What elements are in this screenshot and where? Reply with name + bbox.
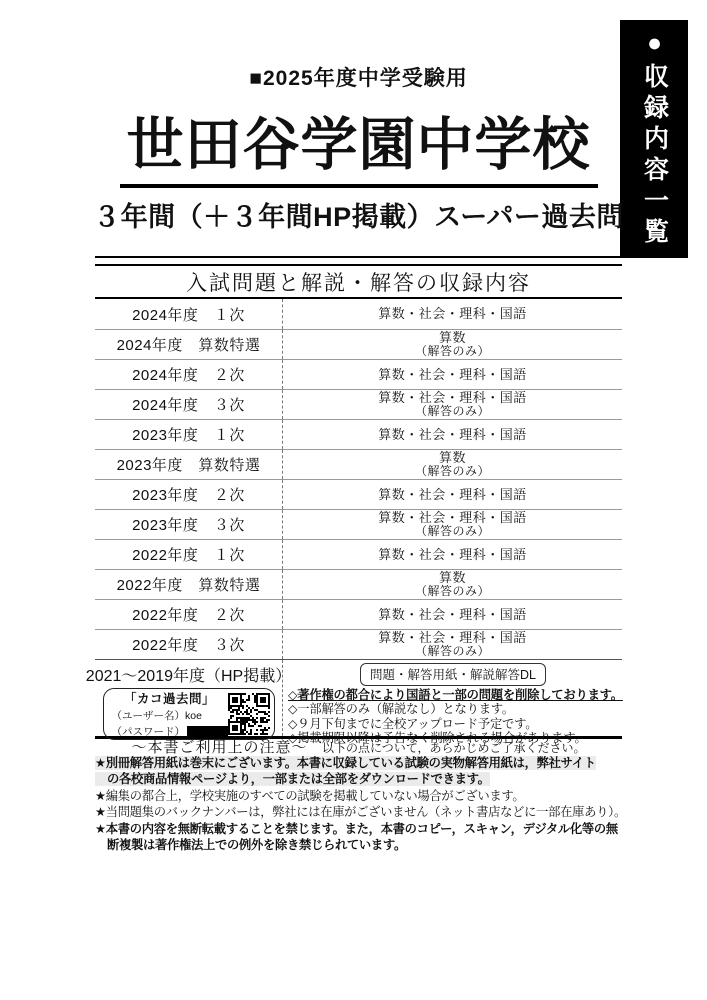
table-row: 2022年度 ３次 算数・社会・理科・国語（解答のみ） [95,629,622,659]
usage-notice-list: ★別冊解答用紙は巻末にございます。本書に収録している試験の実物解答用紙は，弊社サ… [95,755,622,853]
table-row: 2022年度 １次 算数・社会・理科・国語 [95,539,622,569]
exam-label: 2022年度 ２次 [95,600,282,629]
subjects-cell: 算数・社会・理科・国語 [282,360,622,389]
subjects-cell: 算数・社会・理科・国語 [282,600,622,629]
table-row: 2022年度 ２次 算数・社会・理科・国語 [95,599,622,629]
hp-row-left: 2021～2019年度（HP掲載） 「カコ過去問」 （ユーザー名）koe （パス… [95,660,282,736]
notice-item: ★別冊解答用紙は巻末にございます。本書に収録している試験の実物解答用紙は，弊社サ… [95,755,622,788]
table-row: 2024年度 ３次 算数・社会・理科・国語（解答のみ） [95,389,622,419]
header: ■2025年度中学受験用 世田谷学園中学校 ３年間（＋３年間HP掲載）スーパー過… [80,0,637,234]
notice-item: ★当問題集のバックナンバーは，弊社には在庫がございません（ネット書店などに一部在… [95,804,622,820]
kako-username-line: （ユーザー名）koe [112,708,228,723]
exam-label: 2024年度 １次 [95,299,282,329]
table-row: 2022年度 算数特選 算数（解答のみ） [95,569,622,599]
table-top-rule [95,256,622,266]
exam-label: 2023年度 ３次 [95,510,282,539]
exam-label: 2024年度 ２次 [95,360,282,389]
table-row: 2023年度 ２次 算数・社会・理科・国語 [95,479,622,509]
subjects-cell: 算数（解答のみ） [282,570,622,599]
exam-label: 2022年度 ３次 [95,630,282,659]
subjects-cell: 算数・社会・理科・国語 [282,420,622,449]
usage-notice-title: ～本書ご利用上の注意～ [132,739,308,756]
hp-note: ◇９月下旬までに全校アップロード予定です。 [288,717,623,731]
exam-label: 2023年度 ２次 [95,480,282,509]
exam-label: 2023年度 算数特選 [95,450,282,479]
table-row: 2024年度 ２次 算数・社会・理科・国語 [95,359,622,389]
notice-item: ★編集の都合上，学校実施のすべての試験を掲載していない場合がございます。 [95,788,622,804]
subjects-cell: 算数（解答のみ） [282,450,622,479]
subjects-cell: 算数・社会・理科・国語 [282,540,622,569]
subjects-cell: 算数・社会・理科・国語（解答のみ） [282,630,622,659]
contents-table: 入試問題と解説・解答の収録内容 2024年度 １次 算数・社会・理科・国語 20… [95,256,622,739]
hp-years-label: 2021～2019年度（HP掲載） [86,663,291,686]
title-divider [120,184,598,188]
table-header: 入試問題と解説・解答の収録内容 [95,266,622,299]
usage-notice-heading: ～本書ご利用上の注意～ 以下の点について，あらかじめご了承ください。 [80,736,637,757]
table-row: 2023年度 ３次 算数・社会・理科・国語（解答のみ） [95,509,622,539]
exam-label: 2024年度 ３次 [95,390,282,419]
kako-kakomon-box: 「カコ過去問」 （ユーザー名）koe （パスワード） [103,688,275,740]
table-row: 2023年度 １次 算数・社会・理科・国語 [95,419,622,449]
table-row: 2024年度 算数特選 算数（解答のみ） [95,329,622,359]
notice-item: ★本書の内容を無断転載することを禁じます。また，本書のコピー，スキャン，デジタル… [95,821,622,854]
hp-download-row: 2021～2019年度（HP掲載） 「カコ過去問」 （ユーザー名）koe （パス… [95,659,622,736]
qr-code-icon [228,693,270,735]
subjects-cell: 算数・社会・理科・国語（解答のみ） [282,510,622,539]
subjects-cell: 算数・社会・理科・国語 [282,299,622,329]
hp-note: ◇著作権の都合により国語と一部の問題を削除しております。 [288,688,623,702]
subjects-cell: 算数・社会・理科・国語 [282,480,622,509]
kako-kakomon-title: 「カコ過去問」 [112,689,228,707]
school-name-title: 世田谷学園中学校 [80,115,637,177]
exam-label: 2022年度 １次 [95,540,282,569]
exam-label: 2024年度 算数特選 [95,330,282,359]
included-contents-banner-label: ●収録内容一覧 [642,29,667,249]
subjects-cell: 算数・社会・理科・国語（解答のみ） [282,390,622,419]
table-row: 2024年度 １次 算数・社会・理科・国語 [95,299,622,329]
series-subtitle: ３年間（＋３年間HP掲載）スーパー過去問 [80,195,637,234]
usage-notice-subtitle: 以下の点について，あらかじめご了承ください。 [322,741,586,755]
subjects-cell: 算数（解答のみ） [282,330,622,359]
edition-label: ■2025年度中学受験用 [80,62,637,92]
exam-label: 2022年度 算数特選 [95,570,282,599]
download-badge: 問題・解答用紙・解説解答DL [360,663,546,686]
hp-row-right: 問題・解答用紙・解説解答DL ◇著作権の都合により国語と一部の問題を削除しており… [282,660,623,736]
table-row: 2023年度 算数特選 算数（解答のみ） [95,449,622,479]
hp-note: ◇一部解答のみ（解説なし）となります。 [288,702,623,716]
exam-label: 2023年度 １次 [95,420,282,449]
book-cover-page: ●収録内容一覧 ■2025年度中学受験用 世田谷学園中学校 ３年間（＋３年間HP… [0,0,707,1000]
